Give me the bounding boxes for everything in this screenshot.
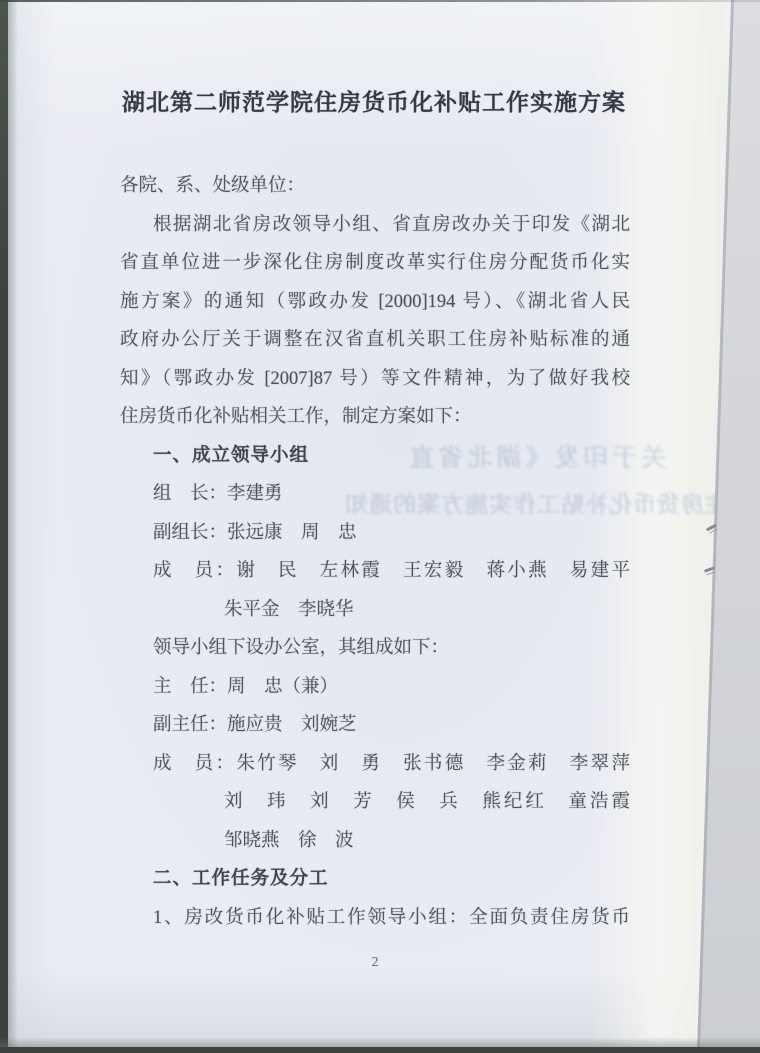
text-line: 成 员：朱竹琴 刘 勇 张书德 李金莉 李翠萍 bbox=[120, 745, 630, 784]
text-line: 刘 玮 刘 芳 侯 兵 熊纪红 童浩霞 bbox=[120, 783, 630, 822]
page-number: 2 bbox=[120, 955, 630, 971]
text-line: 领导小组下设办公室，其组成如下： bbox=[120, 629, 630, 668]
scanner-left-band bbox=[0, 0, 8, 1053]
text-line: 施方案》的通知（鄂政办发 [2000]194 号）、《湖北省人民 bbox=[120, 283, 630, 322]
text-line: 成 员：谢 民 左林霞 王宏毅 蒋小燕 易建平 bbox=[120, 552, 630, 591]
page-title: 湖北第二师范学院住房货币化补贴工作实施方案 bbox=[118, 84, 630, 117]
text-line: 住房货币化补贴相关工作，制定方案如下： bbox=[120, 398, 630, 437]
text-line: 各院、系、处级单位： bbox=[120, 167, 630, 206]
text-line: 省直单位进一步深化住房制度改革实行住房分配货币化实 bbox=[120, 244, 630, 283]
text-line: 邹晓燕 徐 波 bbox=[120, 822, 630, 861]
text-line: 主 任：周 忠（兼） bbox=[120, 668, 630, 707]
scanner-bottom-band bbox=[0, 1047, 760, 1053]
text-line: 副组长：张远康 周 忠 bbox=[120, 514, 630, 553]
document-body: 各院、系、处级单位：根据湖北省房改领导小组、省直房改办关于印发《湖北省直单位进一… bbox=[120, 167, 630, 937]
scanner-top-band bbox=[0, 0, 760, 2]
text-line: 副主任：施应贵 刘婉芝 bbox=[120, 706, 630, 745]
paper-edge-shadow bbox=[8, 0, 18, 1053]
text-line: 知》（鄂政办发 [2007]87 号）等文件精神，为了做好我校 bbox=[120, 360, 630, 399]
text-line: 根据湖北省房改领导小组、省直房改办关于印发《湖北 bbox=[120, 206, 630, 245]
text-line: 组 长：李建勇 bbox=[120, 475, 630, 514]
text-line: 政府办公厅关于调整在汉省直机关职工住房补贴标准的通 bbox=[120, 321, 630, 360]
text-line: 一、成立领导小组 bbox=[120, 437, 630, 476]
text-line: 1、房改货币化补贴工作领导小组：全面负责住房货币 bbox=[120, 899, 630, 938]
text-line: 朱平金 李晓华 bbox=[120, 591, 630, 630]
text-line: 二、工作任务及分工 bbox=[120, 860, 630, 899]
